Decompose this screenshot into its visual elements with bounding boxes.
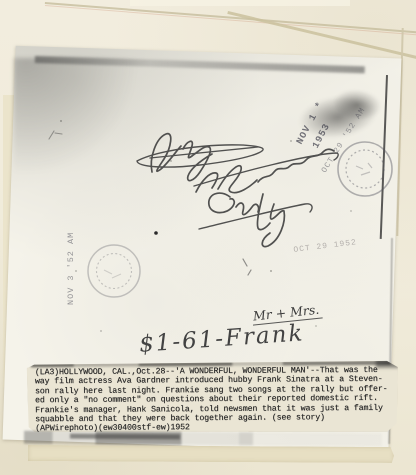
date-stamp-nov3-am: NOV 3 '52 AM: [66, 232, 76, 305]
smudge-top-left-corner: [14, 58, 164, 178]
scanned-photo-back: NOV 1 * 1953 OCT 29 '52 AM NOV 3 '52 AM …: [0, 0, 416, 475]
background-sheet-sliver: [130, 0, 350, 6]
paper-edge-line: [45, 2, 416, 33]
next-sheet-tan-strip: [28, 445, 394, 463]
typed-caption-strip: (LA3)HOLLYWOOD, CAL.,Oct.28--'A WONDERFU…: [27, 361, 398, 435]
smudge-bottom-edge-dark: [70, 434, 180, 440]
paper-edge-line-red: [45, 5, 416, 35]
caption-text-block: (LA3)HOLLYWOOD, CAL.,Oct.28--'A WONDERFU…: [35, 366, 388, 434]
